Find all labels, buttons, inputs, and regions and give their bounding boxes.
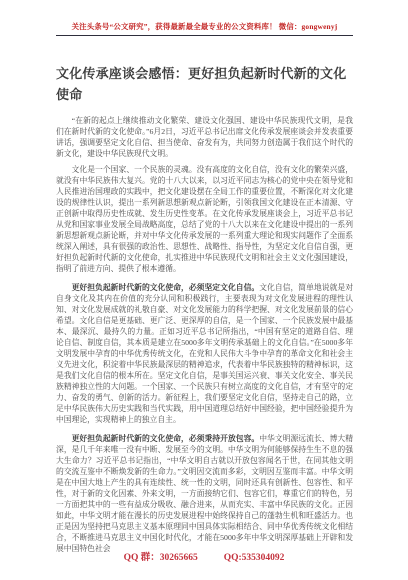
paragraph-text: 文化自信，简单地说就是对自身文化及其内在价值的充分认同和积极践行，主要表现为对文…: [56, 283, 353, 424]
qq-group-number: QQ 群：30265665: [124, 553, 198, 563]
paragraph: “在新的起点上继续推动文化繁荣、建设文化强国、建设中华民族现代文明，是我们在新时…: [56, 115, 353, 159]
page-title: 文化传承座谈会感悟：更好担负起新时代新的文化使命: [56, 63, 353, 105]
paragraph: 更好担负起新时代新的文化使命，必须秉持开放包容。中华文明源远流长、博大精深，是几…: [56, 433, 353, 554]
header-notice: 关注头条号“公文研究”，获得最新最全最专业的公文资料库！ 微信：gongweny…: [56, 21, 353, 36]
paragraph-text: “在新的起点上继续推动文化繁荣、建设文化强国、建设中华民族现代文明，是我们在新时…: [56, 116, 353, 158]
paragraph-lead: 更好担负起新时代新的文化使命，必须坚定文化自信。: [72, 283, 260, 292]
qq-number: QQ:535304092: [224, 553, 285, 563]
paragraph: 文化是一个国家、一个民族的灵魂。没有高度的文化自信，没有文化的繁荣兴盛，就没有中…: [56, 164, 353, 274]
paragraph: 更好担负起新时代新的文化使命，必须坚定文化自信。文化自信，简单地说就是对自身文化…: [56, 282, 353, 425]
paragraph-text: 文化是一个国家、一个民族的灵魂。没有高度的文化自信，没有文化的繁荣兴盛，就没有中…: [56, 165, 353, 273]
page-footer: QQ 群：30265665QQ:535304092: [0, 549, 408, 563]
paragraph-lead: 更好担负起新时代新的文化使命，必须秉持开放包容。: [72, 434, 260, 443]
article-body: “在新的起点上继续推动文化繁荣、建设文化强国、建设中华民族现代文明，是我们在新时…: [56, 115, 353, 554]
document-page: 关注头条号“公文研究”，获得最新最全最专业的公文资料库！ 微信：gongweny…: [0, 0, 408, 580]
paragraph-text: 中华文明源远流长、博大精深，是几千年来唯一没有中断、发展至今的文明。中华文明为何…: [56, 434, 353, 553]
page-content: 关注头条号“公文研究”，获得最新最全最专业的公文资料库！ 微信：gongweny…: [56, 0, 353, 559]
